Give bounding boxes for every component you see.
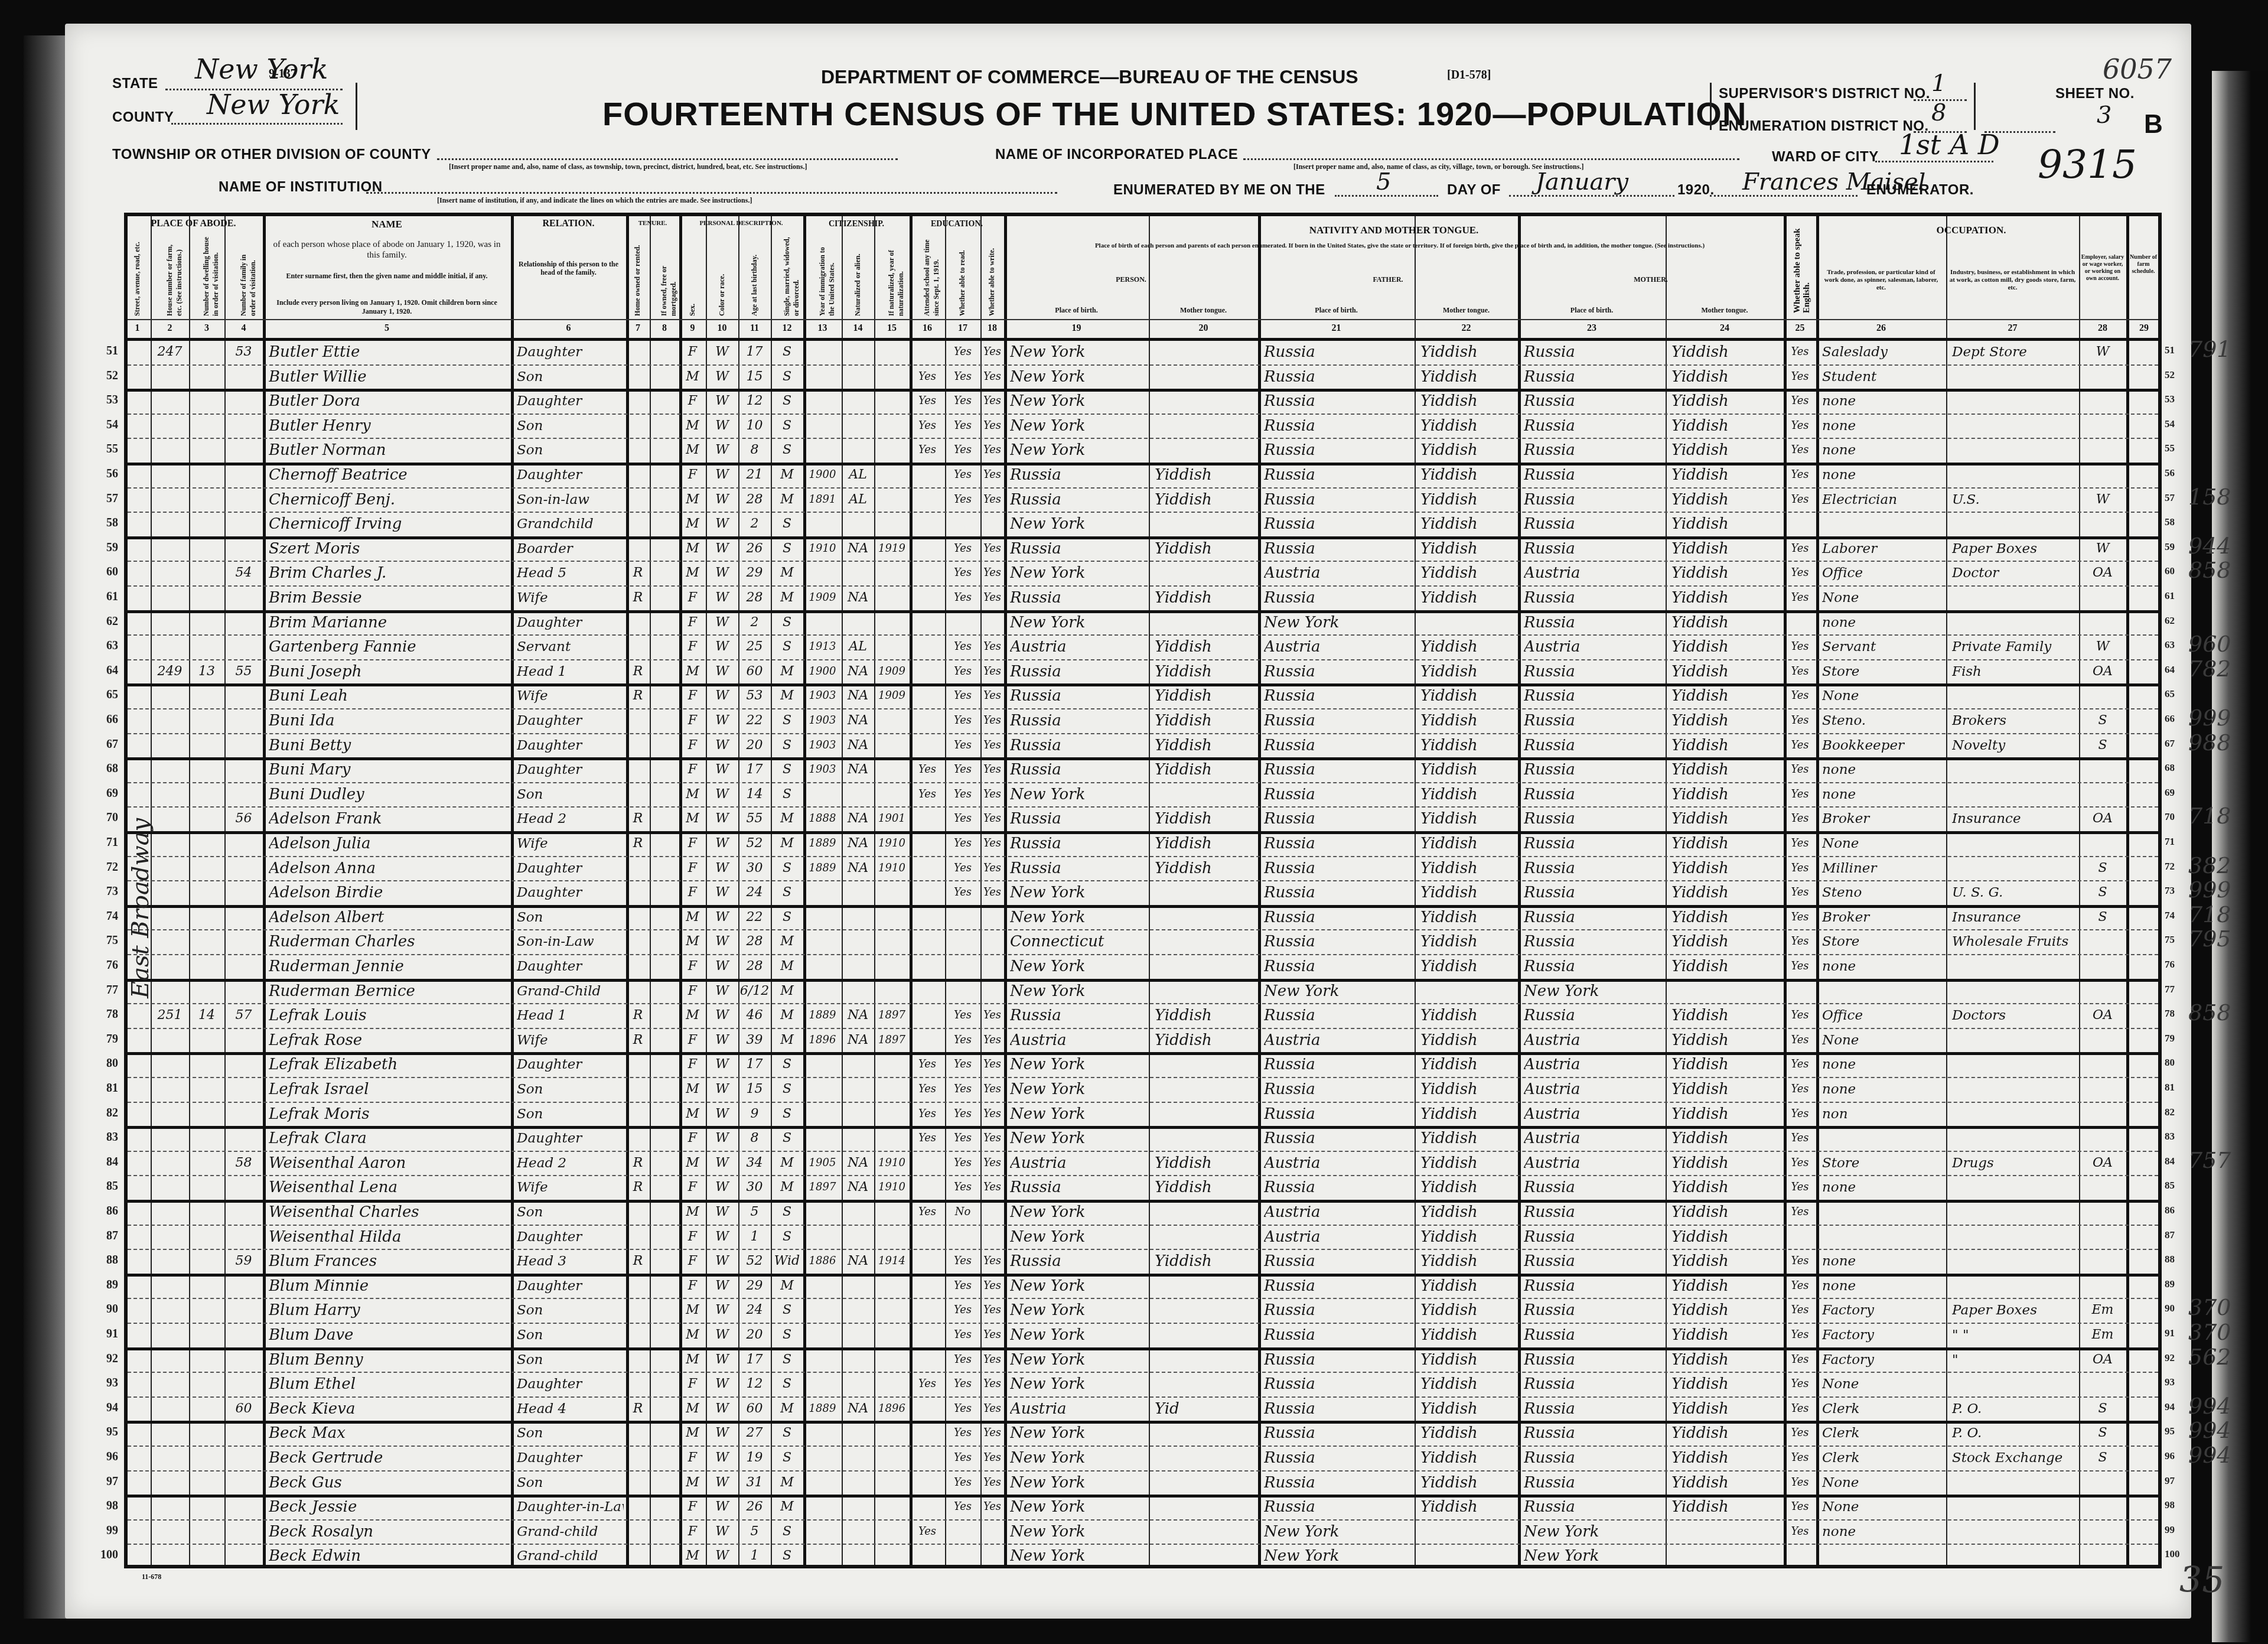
mother-tongue [1155,1274,1256,1298]
father-birthplace: Russia [1264,856,1412,881]
mother-mother-tongue: Yiddish [1671,880,1781,905]
industry [1952,414,2077,438]
person-name: Buni Mary [269,757,509,782]
trade: none [1822,757,1944,782]
person-name: Ruderman Charles [269,929,509,954]
father-birthplace: New York [1264,610,1412,635]
immigration-year [803,1347,842,1372]
industry: Fish [1952,659,2077,684]
attended-school: Yes [910,364,945,389]
tenure [626,1519,650,1544]
age: 29 [738,561,771,585]
column-number: 8 [650,323,679,334]
can-read: Yes [945,1274,980,1298]
speaks-english: Yes [1784,536,1816,561]
relation: Son [517,438,624,463]
father-birthplace: Russia [1264,1003,1412,1028]
relation: Wife [517,683,624,708]
speaks-english: Yes [1784,1274,1816,1298]
immigration-year [803,1495,842,1519]
mother-mother-tongue: Yiddish [1671,438,1781,463]
attended-school [910,487,945,512]
race: W [706,1544,738,1568]
line-number-left: 91 [89,1327,118,1341]
father-birthplace: Russia [1264,414,1412,438]
mother-mother-tongue: Yiddish [1671,1421,1781,1446]
birthplace: New York [1010,979,1146,1004]
father-tongue: Yiddish [1420,1298,1516,1323]
mother-tongue [1155,1421,1256,1446]
attended-school [910,1151,945,1176]
person-name: Butler Willie [269,364,509,389]
trade: Broker [1822,905,1944,930]
race: W [706,634,738,659]
naturalization-year [874,561,910,585]
trade: none [1822,954,1944,979]
naturalization-year [874,1544,910,1568]
column-header-15: If naturalized, year of naturalization. [887,236,905,316]
naturalization-status: NA [842,659,874,684]
header-mother: MOTHER. [1518,275,1784,284]
line-number-left: 59 [89,541,118,555]
house-number [151,1028,189,1053]
mother-mother-tongue: Yiddish [1671,1077,1781,1102]
mother-birthplace: Russia [1524,1298,1663,1323]
mother-birthplace: Russia [1524,880,1663,905]
can-write: Yes [980,364,1004,389]
department-title: DEPARTMENT OF COMMERCE—BUREAU OF THE CEN… [821,66,1358,88]
tenure [626,1470,650,1495]
mother-birthplace: Russia [1524,1446,1663,1470]
can-read: Yes [945,856,980,881]
employer-class [2079,683,2126,708]
employer-class [2079,1077,2126,1102]
line-number-right: 89 [2165,1278,2194,1290]
column-header-18: Whether able to write. [987,236,996,316]
tenure [626,1495,650,1519]
industry: Paper Boxes [1952,536,2077,561]
father-birthplace: Austria [1264,1028,1412,1053]
age: 12 [738,389,771,414]
attended-school [910,1323,945,1347]
speaks-english: Yes [1784,1421,1816,1446]
industry [1952,1052,2077,1077]
margin-code: 158 [2188,484,2231,510]
column-divider [511,216,514,1565]
can-write: Yes [980,487,1004,512]
family-number [224,782,263,807]
race: W [706,905,738,930]
father-tongue: Yiddish [1420,1323,1516,1347]
race: W [706,1274,738,1298]
column-number: 13 [803,323,842,334]
industry [1952,1495,2077,1519]
dwelling-number [189,1347,224,1372]
line-number-left: 88 [89,1254,118,1267]
father-tongue: Yiddish [1420,1396,1516,1421]
house-number [151,1175,189,1200]
relation: Daughter [517,757,624,782]
margin-code: 999 [2188,877,2231,903]
race: W [706,340,738,364]
industry [1952,1102,2077,1127]
person-name: Ruderman Jennie [269,954,509,979]
can-write: Yes [980,1028,1004,1053]
sex: M [679,1003,706,1028]
race: W [706,1495,738,1519]
can-write: Yes [980,683,1004,708]
tenure [626,1421,650,1446]
dwelling-number [189,1028,224,1053]
immigration-year [803,929,842,954]
family-number [224,1323,263,1347]
header-person: PERSON. [1004,275,1258,284]
father-birthplace: Russia [1264,782,1412,807]
column-number: 11 [738,323,771,334]
can-write: Yes [980,389,1004,414]
employer-class: Em [2079,1298,2126,1323]
column-divider [650,216,651,1565]
industry: Wholesale Fruits [1952,929,2077,954]
birthplace: New York [1010,1495,1146,1519]
family-number [224,1519,263,1544]
marital-status: S [771,414,803,438]
mother-tongue: Yiddish [1155,856,1256,881]
attended-school: Yes [910,414,945,438]
sheet-number-value: 3 [2097,102,2111,129]
tenure [626,1323,650,1347]
mother-birthplace: Russia [1524,905,1663,930]
age: 31 [738,1470,771,1495]
can-read: Yes [945,831,980,856]
mother-tongue [1155,610,1256,635]
mother-mother-tongue: Yiddish [1671,340,1781,364]
mother-tongue: Yiddish [1155,1151,1256,1176]
speaks-english: Yes [1784,1126,1816,1151]
marital-status: S [771,1372,803,1396]
tenure [626,1077,650,1102]
father-birthplace: Russia [1264,757,1412,782]
race: W [706,1446,738,1470]
age: 60 [738,659,771,684]
mother-mother-tongue: Yiddish [1671,1470,1781,1495]
mother-tongue: Yiddish [1155,634,1256,659]
age: 60 [738,1396,771,1421]
family-number [224,979,263,1004]
person-name: Weisenthal Hilda [269,1225,509,1249]
industry: U.S. [1952,487,2077,512]
attended-school: Yes [910,1372,945,1396]
person-name: Gartenberg Fannie [269,634,509,659]
age: 28 [738,929,771,954]
dwelling-number [189,880,224,905]
marital-status: M [771,683,803,708]
naturalization-status [842,1126,874,1151]
industry [1952,1077,2077,1102]
state-value: New York [195,53,328,85]
race: W [706,1077,738,1102]
immigration-year [803,1077,842,1102]
employer-class: S [2079,708,2126,733]
employer-class: OA [2079,1003,2126,1028]
speaks-english: Yes [1784,782,1816,807]
birthplace: Russia [1010,856,1146,881]
person-name: Adelson Birdie [269,880,509,905]
speaks-english: Yes [1784,1372,1816,1396]
immigration-year [803,782,842,807]
naturalization-status [842,1519,874,1544]
person-name: Lefrak Elizabeth [269,1052,509,1077]
naturalization-year [874,1323,910,1347]
can-read: Yes [945,1151,980,1176]
immigration-year [803,1274,842,1298]
naturalization-status: NA [842,1151,874,1176]
can-write: Yes [980,1102,1004,1127]
incorporated-place-label: NAME OF INCORPORATED PLACE [995,147,1238,163]
relation: Son [517,905,624,930]
birthplace: New York [1010,438,1146,463]
column-divider [1149,216,1150,1565]
mother-tongue: Yiddish [1155,806,1256,831]
father-birthplace: Austria [1264,1151,1412,1176]
father-tongue: Yiddish [1420,536,1516,561]
marital-status: M [771,806,803,831]
attended-school [910,512,945,536]
immigration-year: 1913 [803,634,842,659]
speaks-english: Yes [1784,1519,1816,1544]
can-write: Yes [980,782,1004,807]
mother-birthplace: Russia [1524,463,1663,487]
speaks-english: Yes [1784,1446,1816,1470]
father-tongue: Yiddish [1420,905,1516,930]
attended-school [910,340,945,364]
naturalization-status [842,1372,874,1396]
birthplace: Russia [1010,536,1146,561]
dwelling-number [189,1323,224,1347]
can-read: Yes [945,389,980,414]
ward-label: WARD OF CITY [1772,149,1879,165]
industry [1952,1544,2077,1568]
mother-tongue [1155,512,1256,536]
marital-status: S [771,1347,803,1372]
column-number: 27 [1946,323,2079,334]
sex: F [679,683,706,708]
speaks-english: Yes [1784,1298,1816,1323]
trade: Laborer [1822,536,1944,561]
immigration-year: 1889 [803,1396,842,1421]
speaks-english: Yes [1784,1200,1816,1225]
mother-birthplace: Russia [1524,340,1663,364]
relation: Daughter [517,1052,624,1077]
mother-birthplace: Russia [1524,831,1663,856]
age: 15 [738,364,771,389]
can-write: Yes [980,1249,1004,1274]
can-write: Yes [980,1347,1004,1372]
line-number-left: 67 [89,738,118,751]
line-number-left: 51 [89,344,118,358]
age: 52 [738,1249,771,1274]
house-number [151,757,189,782]
dwelling-number [189,463,224,487]
person-name: Lefrak Clara [269,1126,509,1151]
marital-status: S [771,782,803,807]
attended-school [910,1470,945,1495]
industry [1952,856,2077,881]
tenure [626,1446,650,1470]
can-read: Yes [945,438,980,463]
person-name: Chernoff Beatrice [269,463,509,487]
dwelling-number [189,1225,224,1249]
dwelling-number [189,979,224,1004]
industry [1952,1028,2077,1053]
relation: Wife [517,1175,624,1200]
birthplace: Austria [1010,1396,1146,1421]
immigration-year [803,1372,842,1396]
father-tongue: Yiddish [1420,463,1516,487]
naturalization-year [874,364,910,389]
mother-mother-tongue: Yiddish [1671,414,1781,438]
mother-tongue: Yiddish [1155,831,1256,856]
father-birthplace: Russia [1264,1298,1412,1323]
sex: M [679,1396,706,1421]
column-number: 4 [224,323,263,334]
father-tongue: Yiddish [1420,733,1516,758]
ward-value: 1st A D [1899,129,2000,161]
birthplace: New York [1010,1446,1146,1470]
mother-birthplace: Russia [1524,1323,1663,1347]
dwelling-number [189,340,224,364]
trade: none [1822,414,1944,438]
can-write [980,905,1004,930]
trade: Clerk [1822,1446,1944,1470]
age: 9 [738,1102,771,1127]
attended-school [910,683,945,708]
dwelling-number: 13 [189,659,224,684]
mother-birthplace: Russia [1524,1274,1663,1298]
stamp-number-top: 6057 [2103,53,2172,85]
dwelling-number [189,831,224,856]
header-mother-pob: Place of birth. [1518,306,1666,315]
mother-tongue: Yiddish [1155,1028,1256,1053]
birthplace: New York [1010,389,1146,414]
trade [1822,979,1944,1004]
race: W [706,414,738,438]
speaks-english: Yes [1784,438,1816,463]
institution-label: NAME OF INSTITUTION [219,179,382,196]
tenure [626,340,650,364]
marital-status: M [771,929,803,954]
sex: F [679,1126,706,1151]
naturalization-status [842,1323,874,1347]
can-read: Yes [945,1347,980,1372]
mother-birthplace: Russia [1524,487,1663,512]
mother-birthplace: Russia [1524,1396,1663,1421]
column-header-2: House number or farm, etc. (See instruct… [165,236,184,316]
father-tongue: Yiddish [1420,659,1516,684]
birthplace: Austria [1010,634,1146,659]
margin-note: 35 [2179,1560,2224,1601]
immigration-year: 1891 [803,487,842,512]
can-write [980,929,1004,954]
attended-school [910,733,945,758]
naturalization-status [842,438,874,463]
person-name: Brim Marianne [269,610,509,635]
attended-school: Yes [910,1052,945,1077]
age: 2 [738,610,771,635]
speaks-english [1784,1544,1816,1568]
house-number [151,1200,189,1225]
trade: non [1822,1102,1944,1127]
mother-birthplace: Russia [1524,512,1663,536]
employer-class [2079,1175,2126,1200]
can-read: Yes [945,561,980,585]
attended-school [910,831,945,856]
birthplace: Russia [1010,1175,1146,1200]
mother-birthplace: Russia [1524,733,1663,758]
family-number: 53 [224,340,263,364]
can-write: Yes [980,708,1004,733]
naturalization-status [842,979,874,1004]
mother-birthplace: Russia [1524,1225,1663,1249]
father-birthplace: Austria [1264,1225,1412,1249]
father-tongue: Yiddish [1420,1347,1516,1372]
person-name: Buni Joseph [269,659,509,684]
can-read: Yes [945,708,980,733]
birthplace: Austria [1010,1028,1146,1053]
tenure: R [626,561,650,585]
house-number [151,389,189,414]
father-birthplace: Russia [1264,929,1412,954]
relation: Daughter [517,733,624,758]
column-header-3: Number of dwelling house in order of vis… [201,236,220,316]
trade: none [1822,1175,1944,1200]
header-english: Whether able to speak English. [1793,227,1811,313]
county-value: New York [207,89,340,121]
house-number [151,1151,189,1176]
dwelling-number [189,1200,224,1225]
mother-tongue [1155,1323,1256,1347]
relation: Servant [517,634,624,659]
employer-class [2079,364,2126,389]
house-number: 247 [151,340,189,364]
father-tongue: Yiddish [1420,856,1516,881]
mother-tongue [1155,1347,1256,1372]
trade: Factory [1822,1298,1944,1323]
house-number [151,1298,189,1323]
house-number [151,414,189,438]
immigration-year: 1896 [803,1028,842,1053]
mother-birthplace: Austria [1524,1102,1663,1127]
header-citizenship: CITIZENSHIP. [803,220,910,229]
naturalization-year [874,1225,910,1249]
header-relation-desc: Relationship of this person to the head … [517,260,620,276]
line-number-left: 80 [89,1057,118,1070]
line-number-left: 79 [89,1033,118,1046]
margin-code: 994 [2188,1442,2231,1468]
race: W [706,1323,738,1347]
dwelling-number [189,512,224,536]
father-birthplace: Russia [1264,831,1412,856]
house-number [151,1495,189,1519]
trade: None [1822,585,1944,610]
immigration-year [803,414,842,438]
line-number-right: 65 [2165,688,2194,700]
age: 27 [738,1421,771,1446]
trade: Steno [1822,880,1944,905]
immigration-year [803,1052,842,1077]
relation: Daughter-in-Law [517,1495,624,1519]
column-number: 19 [1004,323,1149,334]
